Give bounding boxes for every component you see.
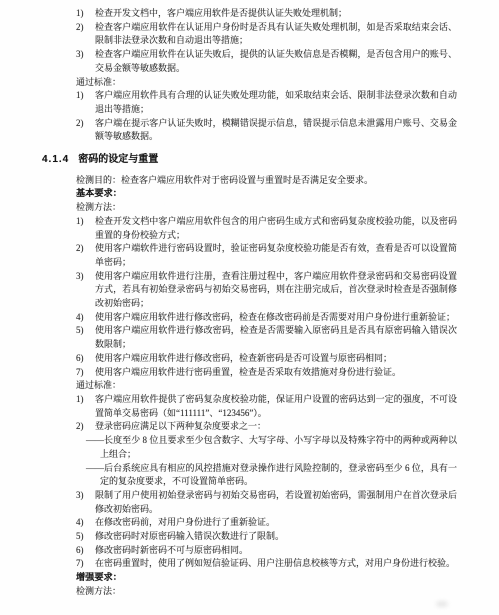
list-number: 6) — [76, 544, 95, 558]
enhanced-requirement-label: 增强要求： — [76, 571, 457, 585]
list-text: 客户端应用软件提供了密码复杂度校验功能，保证用户设置的密码达到一定的强度，不可设… — [95, 393, 457, 420]
list-item-method-7: 7) 使用客户端应用软件进行密码重置，检查是否采取有效措施对身份进行验证。 — [76, 366, 457, 380]
list-number: 4) — [76, 311, 95, 325]
list-text: 使用客户端应用软件进行修改密码，检查是否需要输入原密码且是否具有原密码输入错误次… — [95, 324, 457, 351]
list-item-method-2: 2) 使用客户端软件进行密码设置时，验证密码复杂度校验功能是否有效，查看是否可以… — [76, 242, 457, 269]
section-number: 4.1.4 — [42, 154, 69, 165]
dash-subitem-1: ——长度至少 8 位且要求至少包含数字、大写字母、小写字母以及特殊字符中的两种或… — [86, 434, 457, 461]
list-item-prev-method-2: 2) 检查客户端应用软件在认证用户身份时是否具有认证失败处理机制，如是否采取结束… — [76, 21, 457, 48]
document-page: 1) 检查开发文档中，客户端应用软件是否提供认证失败处理机制； 2) 检查客户端… — [0, 0, 499, 615]
list-number: 3) — [76, 48, 95, 75]
list-text: 使用客户端应用软件进行密码重置，检查是否采取有效措施对身份进行验证。 — [95, 366, 457, 380]
test-purpose: 检测目的：检查客户端应用软件对于密码设置与重置时是否满足安全要求。 — [76, 174, 457, 188]
list-item-method-4: 4) 使用客户端应用软件进行修改密码，检查在修改密码前是否需要对用户身份进行重新… — [76, 311, 457, 325]
list-text: 修改密码时对原密码输入错误次数进行了限制。 — [95, 530, 457, 544]
list-text: 检查开发文档中客户端应用软件包含的用户密码生成方式和密码复杂度校验功能，以及密码… — [95, 215, 457, 242]
list-number: 1) — [76, 89, 95, 116]
list-number: 1) — [76, 215, 95, 242]
dash-text: 长度至少 8 位且要求至少包含数字、大写字母、小写字母以及特殊字符中的两种或两种… — [100, 435, 457, 459]
list-item-pass-3: 3) 限制了用户使用初始登录密码与初始交易密码，若设置初始密码，需强制用户在首次… — [76, 489, 457, 516]
list-item-pass-7: 7) 在密码重置时，使用了例如短信验证码、用户注册信息校核等方式，对用户身份进行… — [76, 557, 457, 571]
list-item-pass-6: 6) 修改密码时新密码不可与原密码相同。 — [76, 544, 457, 558]
basic-requirement-label: 基本要求： — [76, 187, 457, 201]
list-item-method-3: 3) 使用客户端应用软件进行注册，查看注册过程中，客户端应用软件登录密码和交易密… — [76, 270, 457, 311]
list-number: 3) — [76, 489, 95, 516]
list-item-method-6: 6) 使用客户端应用软件进行修改密码，检查新密码是否可设置与原密码相同； — [76, 352, 457, 366]
list-text: 检查客户端应用软件在认证失败后，提供的认证失败信息是否模糊，是否包含用户的账号、… — [95, 48, 457, 75]
list-number: 2) — [76, 242, 95, 269]
list-item-pass-4: 4) 在修改密码前，对用户身份进行了重新验证。 — [76, 516, 457, 530]
list-number: 1) — [76, 7, 95, 21]
dash-text: 后台系统应具有相应的风控措施对登录操作进行风险控制的，登录密码至少 6 位，具有… — [100, 463, 457, 487]
list-item-pass-2: 2) 登录密码应满足以下两种复杂度要求之一： — [76, 420, 457, 434]
list-item-prev-method-3: 3) 检查客户端应用软件在认证失败后，提供的认证失败信息是否模糊，是否包含用户的… — [76, 48, 457, 75]
list-text: 检查客户端应用软件在认证用户身份时是否具有认证失败处理机制，如是否采取结束会话、… — [95, 21, 457, 48]
list-number: 5) — [76, 530, 95, 544]
method-label: 检测方法： — [76, 201, 457, 215]
scan-artifact — [436, 601, 448, 607]
dash-subitem-2: ——后台系统应具有相应的风控措施对登录操作进行风险控制的，登录密码至少 6 位，… — [86, 462, 457, 489]
list-item-prev-pass-2: 2) 客户端在提示客户认证失败时，模糊错误提示信息，错误提示信息未泄露用户账号、… — [76, 117, 457, 144]
list-item-pass-5: 5) 修改密码时对原密码输入错误次数进行了限制。 — [76, 530, 457, 544]
list-number: 5) — [76, 324, 95, 351]
list-item-pass-1: 1) 客户端应用软件提供了密码复杂度校验功能，保证用户设置的密码达到一定的强度，… — [76, 393, 457, 420]
list-number: 4) — [76, 516, 95, 530]
document-content: 1) 检查开发文档中，客户端应用软件是否提供认证失败处理机制； 2) 检查客户端… — [76, 7, 457, 599]
dash-marker: —— — [86, 435, 104, 445]
list-item-prev-method-1: 1) 检查开发文档中，客户端应用软件是否提供认证失败处理机制； — [76, 7, 457, 21]
list-number: 7) — [76, 557, 95, 571]
pass-standard-label-prev: 通过标准： — [76, 76, 457, 90]
method-label-2: 检测方法： — [76, 585, 457, 599]
list-text: 使用客户端软件进行密码设置时，验证密码复杂度校验功能是否有效，查看是否可以设置简… — [95, 242, 457, 269]
list-number: 3) — [76, 270, 95, 311]
list-text: 在密码重置时，使用了例如短信验证码、用户注册信息校核等方式，对用户身份进行校验。 — [95, 557, 457, 571]
list-number: 2) — [76, 21, 95, 48]
list-item-prev-pass-1: 1) 客户端应用软件具有合理的认证失败处理功能，如采取结束会话、限制非法登录次数… — [76, 89, 457, 116]
list-text: 限制了用户使用初始登录密码与初始交易密码，若设置初始密码，需强制用户在首次登录后… — [95, 489, 457, 516]
list-text: 检查开发文档中，客户端应用软件是否提供认证失败处理机制； — [95, 7, 457, 21]
pass-standard-label: 通过标准： — [76, 379, 457, 393]
section-title: 密码的设定与重置 — [78, 154, 158, 165]
list-text: 客户端在提示客户认证失败时，模糊错误提示信息，错误提示信息未泄露用户账号、交易金… — [95, 117, 457, 144]
list-number: 7) — [76, 366, 95, 380]
list-text: 修改密码时新密码不可与原密码相同。 — [95, 544, 457, 558]
dash-marker: —— — [86, 463, 104, 473]
list-item-method-1: 1) 检查开发文档中客户端应用软件包含的用户密码生成方式和密码复杂度校验功能，以… — [76, 215, 457, 242]
list-number: 1) — [76, 393, 95, 420]
list-text: 使用客户端应用软件进行修改密码，检查在修改密码前是否需要对用户身份进行重新验证； — [95, 311, 457, 325]
list-text: 登录密码应满足以下两种复杂度要求之一： — [95, 420, 457, 434]
list-number: 2) — [76, 117, 95, 144]
list-text: 使用客户端应用软件进行注册，查看注册过程中，客户端应用软件登录密码和交易密码设置… — [95, 270, 457, 311]
list-item-method-5: 5) 使用客户端应用软件进行修改密码，检查是否需要输入原密码且是否具有原密码输入… — [76, 324, 457, 351]
list-text: 使用客户端应用软件进行修改密码，检查新密码是否可设置与原密码相同； — [95, 352, 457, 366]
list-number: 6) — [76, 352, 95, 366]
section-heading: 4.1.4密码的设定与重置 — [42, 153, 457, 167]
list-text: 客户端应用软件具有合理的认证失败处理功能，如采取结束会话、限制非法登录次数和自动… — [95, 89, 457, 116]
list-text: 在修改密码前，对用户身份进行了重新验证。 — [95, 516, 457, 530]
list-number: 2) — [76, 420, 95, 434]
